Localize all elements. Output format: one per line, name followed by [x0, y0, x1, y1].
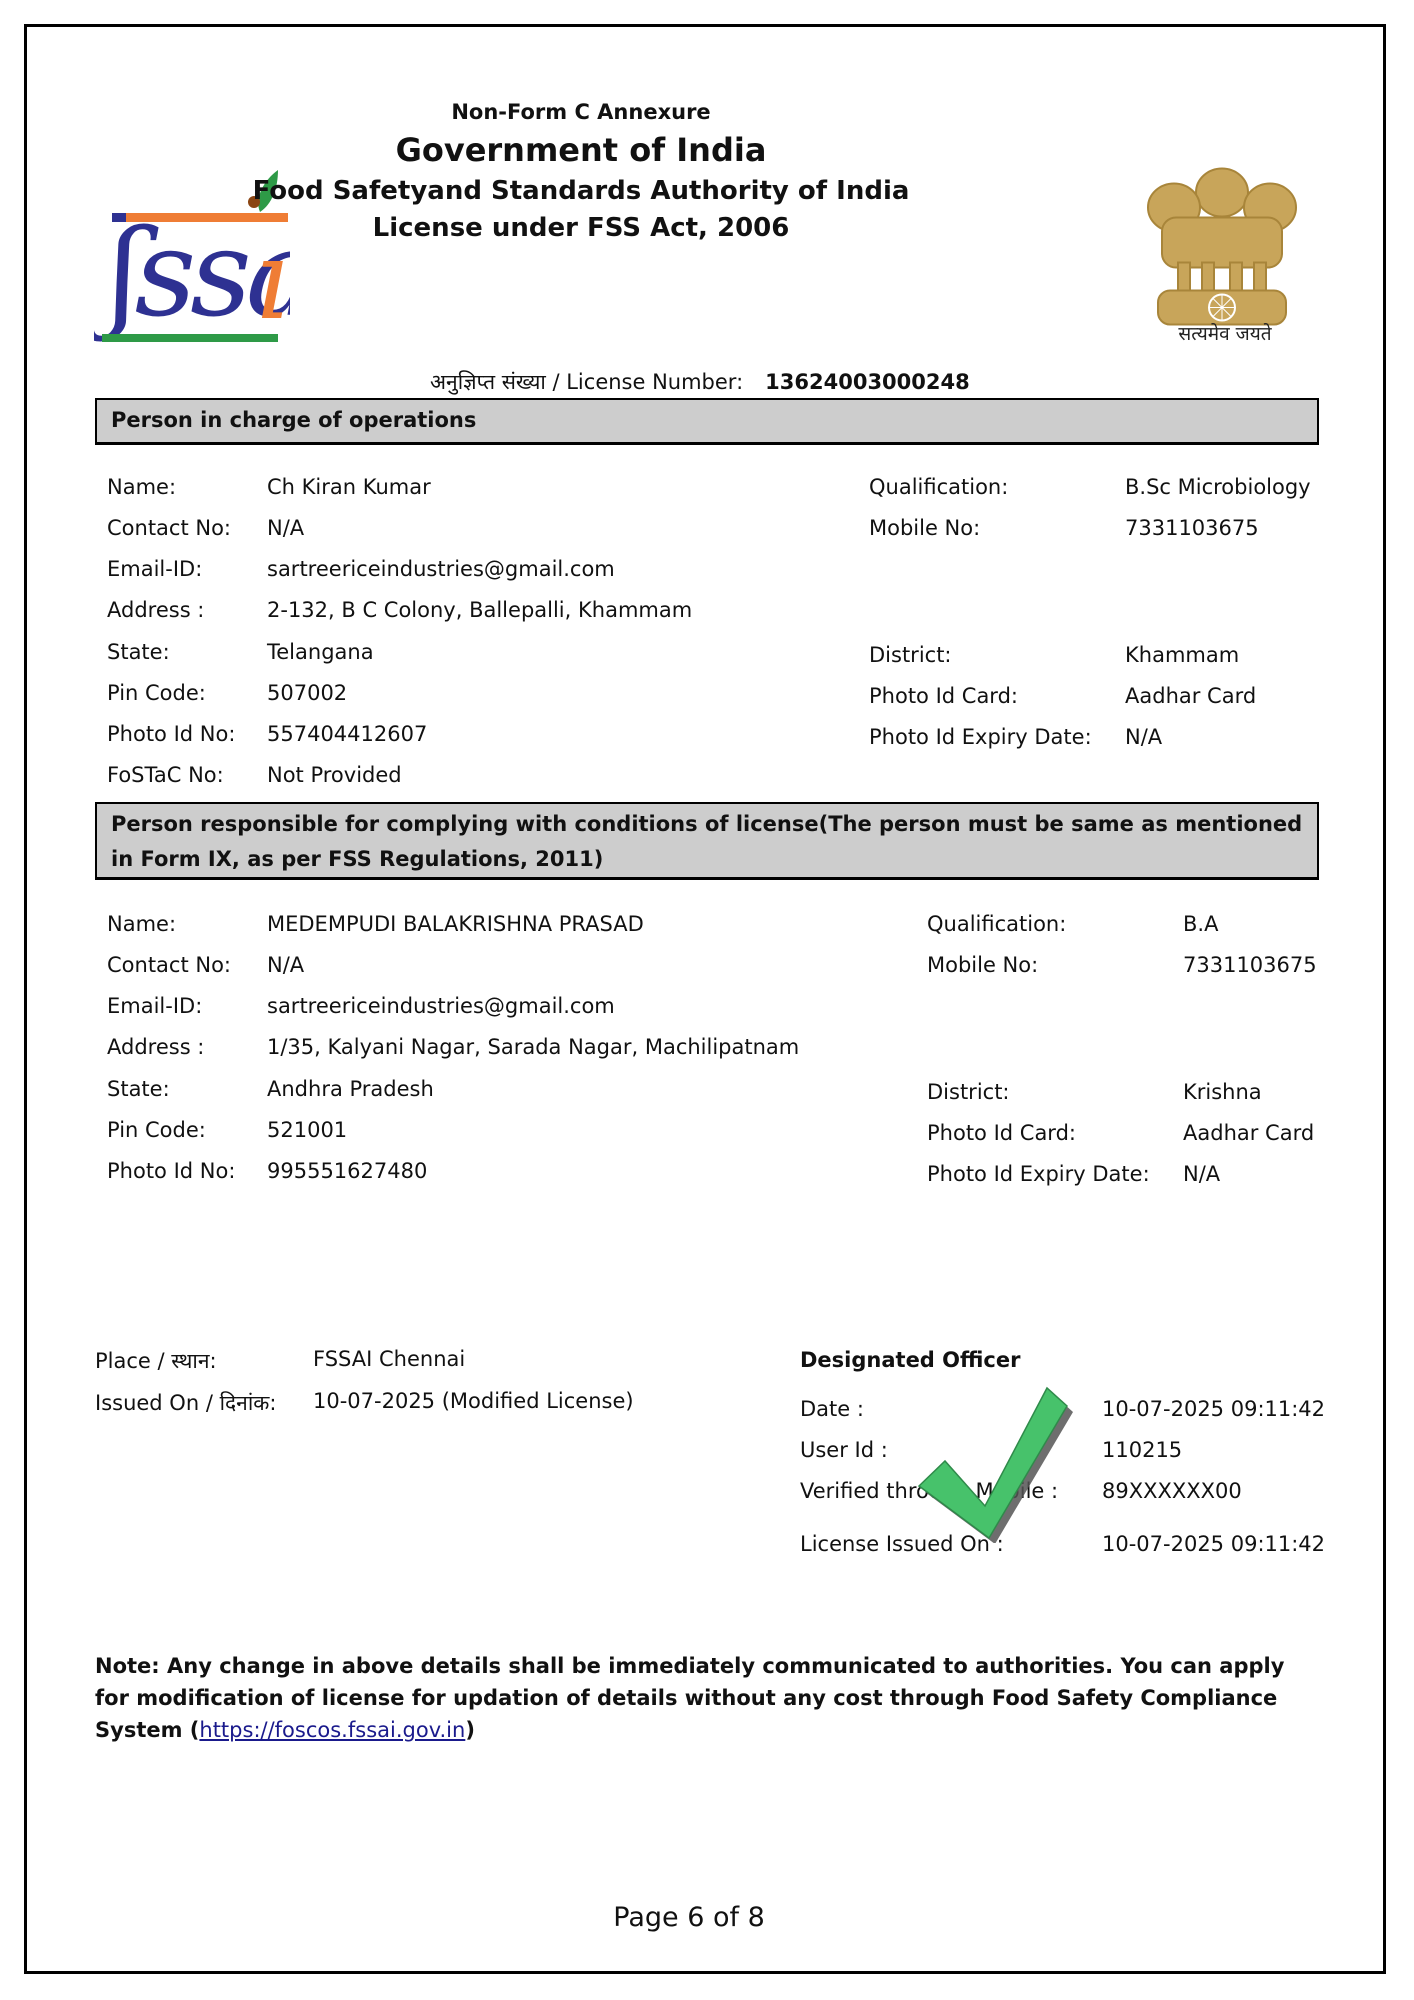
responsible-field-value: 1/35, Kalyani Nagar, Sarada Nagar, Machi… — [267, 1035, 799, 1059]
operator-field-label: Mobile No: — [869, 516, 980, 540]
operator-field-label: District: — [869, 643, 952, 667]
responsible-field-label: Photo Id Card: — [927, 1121, 1076, 1145]
responsible-field-value: B.A — [1183, 912, 1218, 936]
responsible-field-value: 995551627480 — [267, 1159, 427, 1183]
responsible-field-label: Name: — [107, 912, 176, 936]
issued-on-label: Issued On / दिनांक: — [95, 1389, 276, 1417]
operator-field-label: Photo Id No: — [107, 722, 235, 746]
officer-field-value: 110215 — [1102, 1438, 1182, 1462]
page-number: Page 6 of 8 — [0, 1902, 1396, 1933]
operator-field-value: sartreericeindustries@gmail.com — [267, 557, 615, 581]
operator-field-label: Email-ID: — [107, 557, 202, 581]
note-text: Note: Any change in above details shall … — [95, 1650, 1325, 1746]
emblem-motto: सत्यमेव जयते — [1140, 320, 1310, 346]
operator-field-label: Address : — [107, 598, 204, 622]
authority-name: Food Safetyand Standards Authority of In… — [0, 176, 1288, 206]
responsible-field-value: 7331103675 — [1183, 953, 1317, 977]
responsible-field-value: Krishna — [1183, 1080, 1262, 1104]
responsible-field-label: District: — [927, 1080, 1010, 1104]
operator-field-value: N/A — [1125, 725, 1162, 749]
license-number-label: अनुज्ञिप्त संख्या / License Number: — [430, 370, 743, 394]
officer-field-value: 89XXXXXX00 — [1102, 1479, 1242, 1503]
section-person-in-charge-header: Person in charge of operations — [95, 398, 1319, 445]
responsible-field-value: Aadhar Card — [1183, 1121, 1314, 1145]
operator-field-label: Photo Id Expiry Date: — [869, 725, 1092, 749]
operator-field-label: Contact No: — [107, 516, 231, 540]
document-subtitle: Non-Form C Annexure — [0, 100, 1288, 124]
operator-field-label: Qualification: — [869, 475, 1008, 499]
note-close: ) — [465, 1718, 475, 1742]
responsible-field-value: N/A — [267, 953, 304, 977]
operator-field-value: Khammam — [1125, 643, 1239, 667]
section-responsible-person-header: Person responsible for complying with co… — [95, 802, 1319, 880]
responsible-field-value: Andhra Pradesh — [267, 1077, 434, 1101]
foscos-link[interactable]: https://foscos.fssai.gov.in — [199, 1718, 465, 1742]
officer-field-value: 10-07-2025 09:11:42 — [1102, 1397, 1325, 1421]
responsible-field-label: Photo Id Expiry Date: — [927, 1162, 1150, 1186]
operator-field-value: Aadhar Card — [1125, 684, 1256, 708]
responsible-field-value: N/A — [1183, 1162, 1220, 1186]
section-title-line-1: Person responsible for complying with co… — [111, 807, 1303, 842]
place-label: Place / स्थान: — [95, 1347, 217, 1375]
green-checkmark-icon — [905, 1378, 1075, 1543]
issued-on-value: 10-07-2025 (Modified License) — [313, 1389, 634, 1413]
operator-field-value: B.Sc Microbiology — [1125, 475, 1311, 499]
responsible-field-value: sartreericeindustries@gmail.com — [267, 994, 615, 1018]
operator-field-value: Telangana — [267, 640, 374, 664]
operator-field-label: State: — [107, 640, 170, 664]
responsible-field-label: Qualification: — [927, 912, 1066, 936]
responsible-field-label: State: — [107, 1077, 170, 1101]
officer-field-label: Date : — [800, 1397, 864, 1421]
officer-field-value: 10-07-2025 09:11:42 — [1102, 1532, 1325, 1556]
operator-field-label: FoSTaC No: — [107, 763, 224, 787]
responsible-field-label: Pin Code: — [107, 1118, 206, 1142]
operator-field-label: Pin Code: — [107, 681, 206, 705]
responsible-field-label: Mobile No: — [927, 953, 1038, 977]
officer-field-label: User Id : — [800, 1438, 888, 1462]
responsible-field-label: Photo Id No: — [107, 1159, 235, 1183]
section-title-line-2: in Form IX, as per FSS Regulations, 2011… — [111, 842, 1303, 877]
license-act: License under FSS Act, 2006 — [0, 213, 1288, 243]
operator-field-value: 507002 — [267, 681, 347, 705]
document-title: Government of India — [0, 131, 1288, 169]
operator-field-value: 557404412607 — [267, 722, 427, 746]
license-number-line: अनुज्ञिप्त संख्या / License Number:13624… — [430, 368, 970, 396]
operator-field-value: 7331103675 — [1125, 516, 1259, 540]
responsible-field-value: MEDEMPUDI BALAKRISHNA PRASAD — [267, 912, 644, 936]
responsible-field-label: Contact No: — [107, 953, 231, 977]
designated-officer-heading: Designated Officer — [800, 1348, 1020, 1372]
responsible-field-label: Email-ID: — [107, 994, 202, 1018]
operator-field-value: N/A — [267, 516, 304, 540]
place-value: FSSAI Chennai — [313, 1347, 465, 1371]
operator-field-value: Ch Kiran Kumar — [267, 475, 431, 499]
operator-field-value: Not Provided — [267, 763, 402, 787]
operator-field-value: 2-132, B C Colony, Ballepalli, Khammam — [267, 598, 692, 622]
responsible-field-value: 521001 — [267, 1118, 347, 1142]
license-number: 13624003000248 — [765, 370, 970, 394]
responsible-field-label: Address : — [107, 1035, 204, 1059]
operator-field-label: Name: — [107, 475, 176, 499]
operator-field-label: Photo Id Card: — [869, 684, 1018, 708]
